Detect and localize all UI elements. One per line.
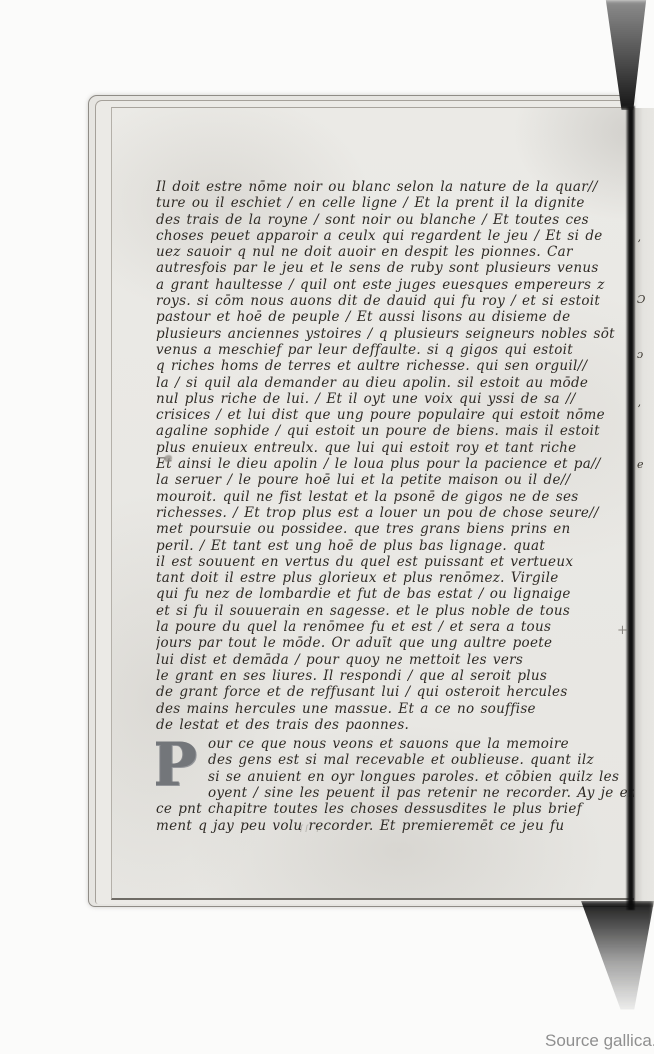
- manuscript-line: plusieurs anciennes ystoires / q plusieu…: [156, 326, 638, 342]
- manuscript-line: uez sauoir q nul ne doit auoir en despit…: [156, 244, 638, 260]
- manuscript-line: agaline sophide / qui estoit un poure de…: [156, 423, 638, 439]
- gutter-shadow-bottom: [578, 901, 654, 1019]
- gallica-source-watermark: Source gallica.b: [545, 1031, 654, 1051]
- manuscript-line: des mains hercules une massue. Et a ce n…: [156, 701, 638, 717]
- manuscript-line: q riches homs de terres et aultre riches…: [156, 358, 638, 374]
- manuscript-line: la poure du quel la renōmee fu et est / …: [156, 619, 638, 635]
- manuscript-line: met poursuie ou possidee. que tres grans…: [156, 521, 638, 537]
- manuscript-line: ce pnt chapitre toutes les choses dessus…: [156, 801, 638, 817]
- manuscript-page: Il doit estre nōme noir ou blanc selon l…: [111, 107, 634, 900]
- manuscript-line: pastour et hoē de peuple / Et aussi liso…: [156, 309, 638, 325]
- manuscript-line: lui dist et demāda / pour quoy ne mettoi…: [156, 652, 638, 668]
- manuscript-line: le grant en ses liures. Il respondi / qu…: [156, 668, 638, 684]
- manuscript-line: Il doit estre nōme noir ou blanc selon l…: [156, 179, 638, 195]
- manuscript-line: si se anuient en oyr longues paroles. et…: [156, 769, 638, 785]
- manuscript-line: oyent / sine les peuent il pas retenir n…: [156, 785, 638, 801]
- manuscript-line: il est souuent en vertus du quel est pui…: [156, 554, 638, 570]
- manuscript-line: jours par tout le mōde. Or aduīt que ung…: [156, 635, 638, 651]
- manuscript-line: crisices / et lui dist que ung poure pop…: [156, 407, 638, 423]
- manuscript-line: ture ou il eschiet / en celle ligne / Et…: [156, 195, 638, 211]
- paragraph-2: P our ce que nous veons et sauons que la…: [156, 736, 638, 834]
- foot-scribble: ſſ ı: [300, 824, 322, 835]
- decorated-initial-p: P: [156, 739, 202, 785]
- facing-page-fragment: Ɔ: [637, 293, 651, 306]
- manuscript-line: richesses. / Et trop plus est a louer un…: [156, 505, 638, 521]
- facing-page-fragment: ɔ: [637, 348, 651, 361]
- manuscript-line: our ce que nous veons et sauons que la m…: [156, 736, 638, 752]
- gutter-shadow-top: [598, 0, 654, 110]
- paragraph-1: Il doit estre nōme noir ou blanc selon l…: [156, 179, 638, 733]
- manuscript-line: choses peuet apparoir a ceulx qui regard…: [156, 228, 638, 244]
- manuscript-line: tant doit il estre plus glorieux et plus…: [156, 570, 638, 586]
- manuscript-line: Et ainsi le dieu apolin / le loua plus p…: [156, 456, 638, 472]
- manuscript-line: plus enuieux entreulx. que lui qui estoi…: [156, 440, 638, 456]
- manuscript-line: des gens est si mal recevable et oublieu…: [156, 752, 638, 768]
- manuscript-line: nul plus riche de lui. / Et il oyt une v…: [156, 391, 638, 407]
- manuscript-line: a grant haultesse / quil ont este juges …: [156, 277, 638, 293]
- manuscript-line: roys. si cōm nous auons dit de dauid qui…: [156, 293, 638, 309]
- manuscript-line: peril. / Et tant est ung hoē de plus bas…: [156, 538, 638, 554]
- facing-page-fragment: ʼ: [637, 238, 651, 251]
- manuscript-text-block: Il doit estre nōme noir ou blanc selon l…: [156, 179, 638, 879]
- book-gutter-shadow: [626, 106, 635, 910]
- manuscript-line: et si fu il souuerain en sagesse. et le …: [156, 603, 638, 619]
- facing-page-text-fragments: ʼƆɔʼe: [637, 238, 651, 513]
- manuscript-line: ment q jay peu volu recorder. Et premier…: [156, 818, 638, 834]
- manuscript-line: des trais de la royne / sont noir ou bla…: [156, 212, 638, 228]
- manuscript-line: qui fu nez de lombardie et fut de bas es…: [156, 586, 638, 602]
- paragraph-2-lines: our ce que nous veons et sauons que la m…: [156, 736, 638, 834]
- manuscript-line: autresfois par le jeu et le sens de ruby…: [156, 260, 638, 276]
- facing-page-edge: ʼƆɔʼe: [634, 108, 654, 907]
- manuscript-line: de lestat et des trais des paonnes.: [156, 717, 638, 733]
- manuscript-line: la seruer / le poure hoē lui et la petit…: [156, 472, 638, 488]
- manuscript-line: mouroit. quil ne fist lestat et la psonē…: [156, 489, 638, 505]
- facing-page-fragment: e: [637, 458, 651, 471]
- manuscript-line: venus a meschief par leur deffaulte. si …: [156, 342, 638, 358]
- manuscript-line: la / si quil ala demander au dieu apolin…: [156, 375, 638, 391]
- facing-page-fragment: ʼ: [637, 403, 651, 416]
- manuscript-line: de grant force et de reffusant lui / qui…: [156, 684, 638, 700]
- manuscript-book: Il doit estre nōme noir ou blanc selon l…: [88, 95, 634, 907]
